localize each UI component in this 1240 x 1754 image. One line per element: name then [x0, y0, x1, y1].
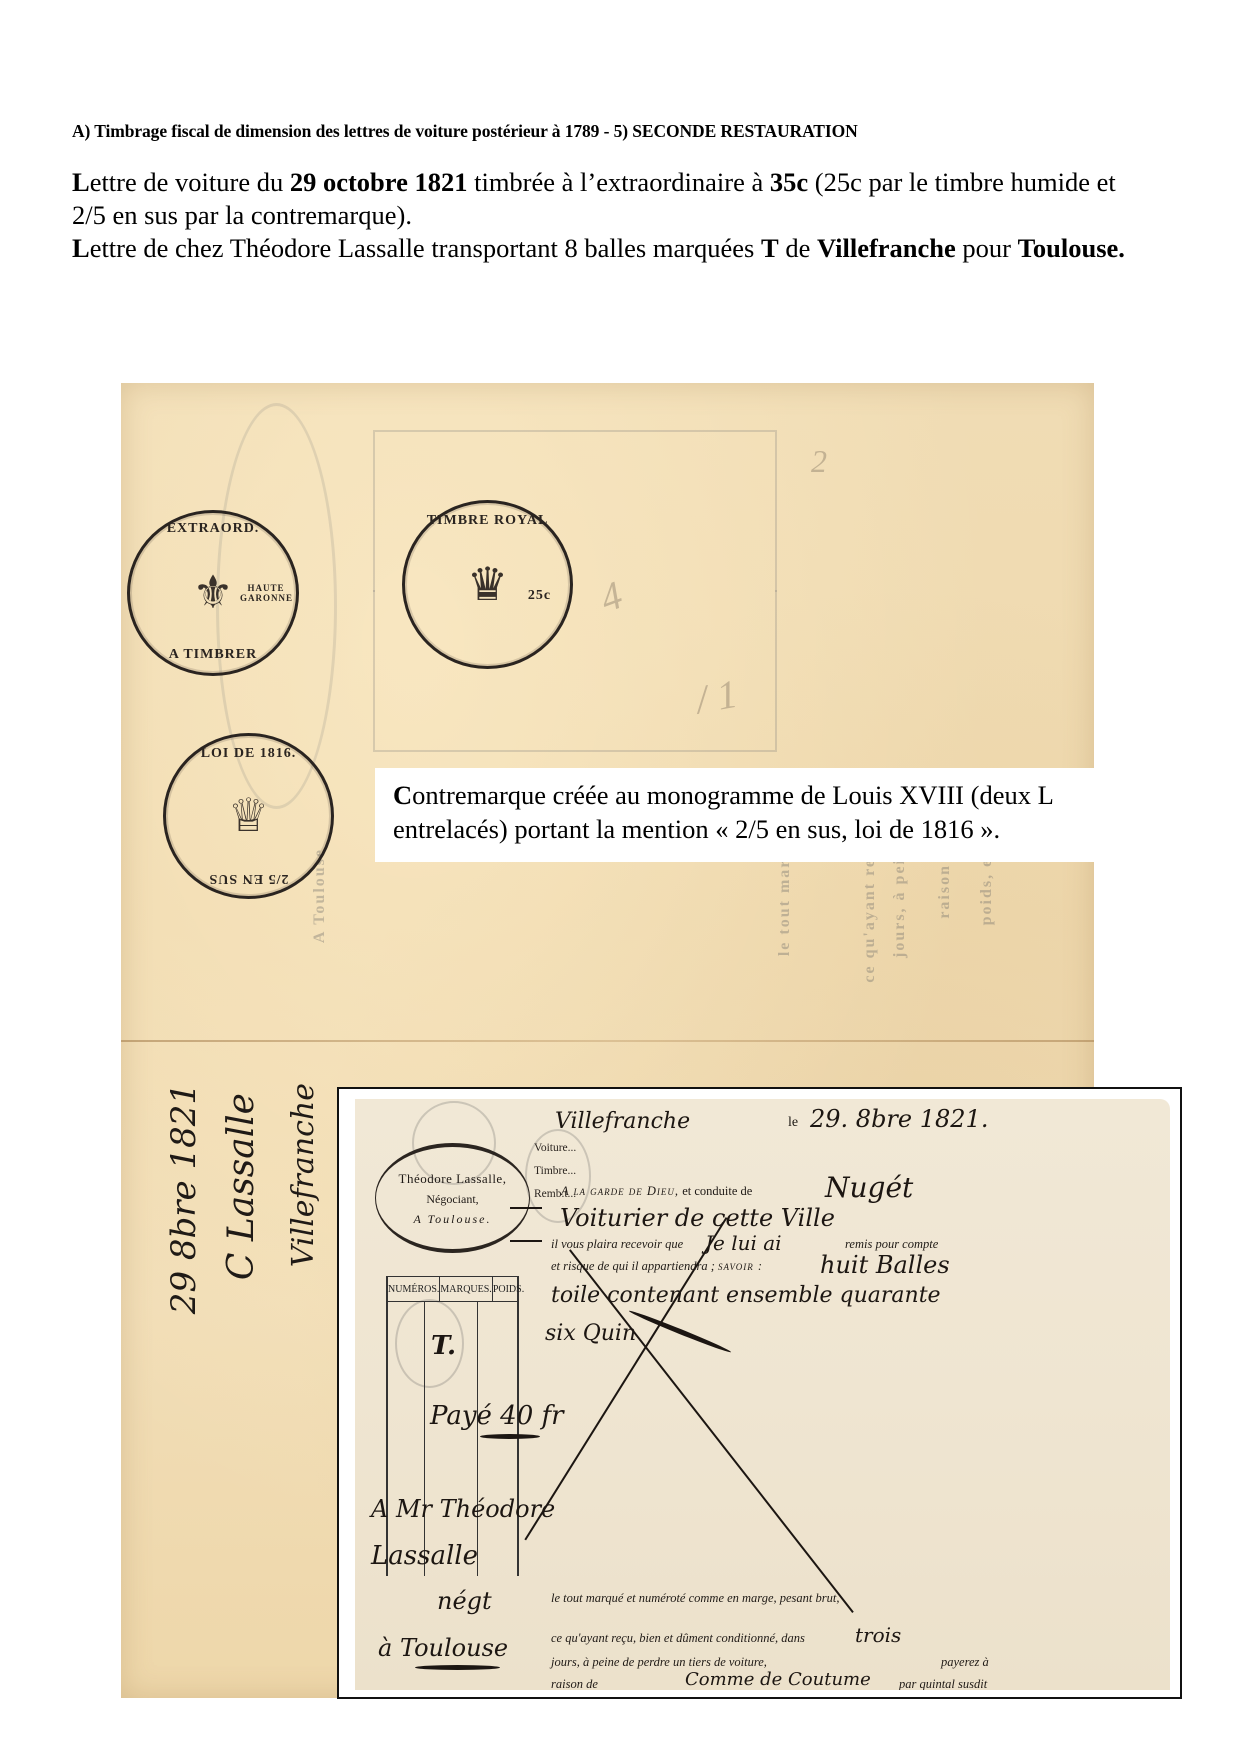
col-marques: MARQUES. — [440, 1277, 492, 1301]
letter-date: 29 octobre 1821 — [290, 167, 468, 197]
handwritten-signature: C Lassalle — [221, 1093, 262, 1280]
hand-goods-3: six Quin — [545, 1321, 636, 1346]
pencil-mark: / 1 — [692, 670, 741, 723]
col-numeros: NUMÉROS. — [388, 1277, 440, 1301]
crowned-ll-monogram-icon: ♕ — [228, 793, 269, 839]
tax-amount: 35c — [770, 167, 808, 197]
letter-front-image: Théodore Lassalle, Négociant, A Toulouse… — [355, 1099, 1170, 1690]
paper-fold — [121, 1040, 1094, 1042]
hand-paid: Payé 40 fr — [430, 1401, 564, 1431]
hand-date: 29. 8bre 1821. — [810, 1105, 988, 1133]
col-poids: POIDS. — [493, 1277, 524, 1301]
hand-carrier: Nugét — [825, 1171, 913, 1204]
hand-mark: T. — [431, 1331, 456, 1361]
ink-flourish — [480, 1434, 540, 1439]
pencil-mark: 2 — [811, 443, 827, 480]
intro-line-1: Lettre de voiture du 29 octobre 1821 tim… — [72, 166, 1132, 232]
origin-city: Villefranche — [817, 233, 956, 263]
handwritten-place: Villefranche — [286, 1083, 321, 1267]
section-title: A) Timbrage fiscal de dimension des lett… — [72, 121, 858, 142]
merchant-cartouche: Théodore Lassalle, Négociant, A Toulouse… — [375, 1143, 530, 1253]
letter-front-inset: Théodore Lassalle, Négociant, A Toulouse… — [337, 1087, 1182, 1699]
rule-line — [510, 1207, 542, 1209]
destination-city: Toulouse. — [1018, 233, 1125, 263]
seated-figure-icon: ♛ — [467, 562, 508, 608]
extraordinaire-stamp: EXTRAORD. ⚜ A TIMBRER HAUTE GARONNE — [127, 510, 299, 676]
fleur-de-lis-shield-icon: ⚜ — [192, 570, 233, 616]
hand-address-4: à Toulouse — [378, 1634, 508, 1662]
handwritten-date: 29 8bre 1821 — [164, 1083, 204, 1314]
rule-line — [510, 1240, 542, 1242]
intro-paragraph: Lettre de voiture du 29 octobre 1821 tim… — [72, 166, 1132, 265]
hand-goods-2: toile contenant ensemble quarante — [551, 1283, 941, 1308]
hand-rate: Comme de Coutume — [685, 1669, 871, 1690]
hand-delay: trois — [855, 1623, 901, 1647]
bale-mark: T — [761, 233, 779, 263]
hand-address-2: Lassalle — [371, 1541, 478, 1571]
hand-goods: huit Balles — [820, 1251, 950, 1279]
stamp-caption: Contremarque créée au monogramme de Loui… — [375, 768, 1100, 862]
hand-address-1: A Mr Théodore — [371, 1495, 555, 1523]
hand-place: Villefranche — [555, 1109, 690, 1134]
intro-line-2: Lettre de chez Théodore Lassalle transpo… — [72, 232, 1132, 265]
contremarque-stamp: LOI DE 1816. ♕ 2/5 EN SUS — [163, 733, 334, 899]
ink-flourish — [415, 1665, 500, 1670]
hand-carrier-role: Voiturier de cette Ville — [560, 1204, 835, 1232]
timbre-royal-stamp: TIMBRE ROYAL ♛ 25c — [402, 500, 573, 669]
hand-address-3: négt — [437, 1587, 492, 1615]
